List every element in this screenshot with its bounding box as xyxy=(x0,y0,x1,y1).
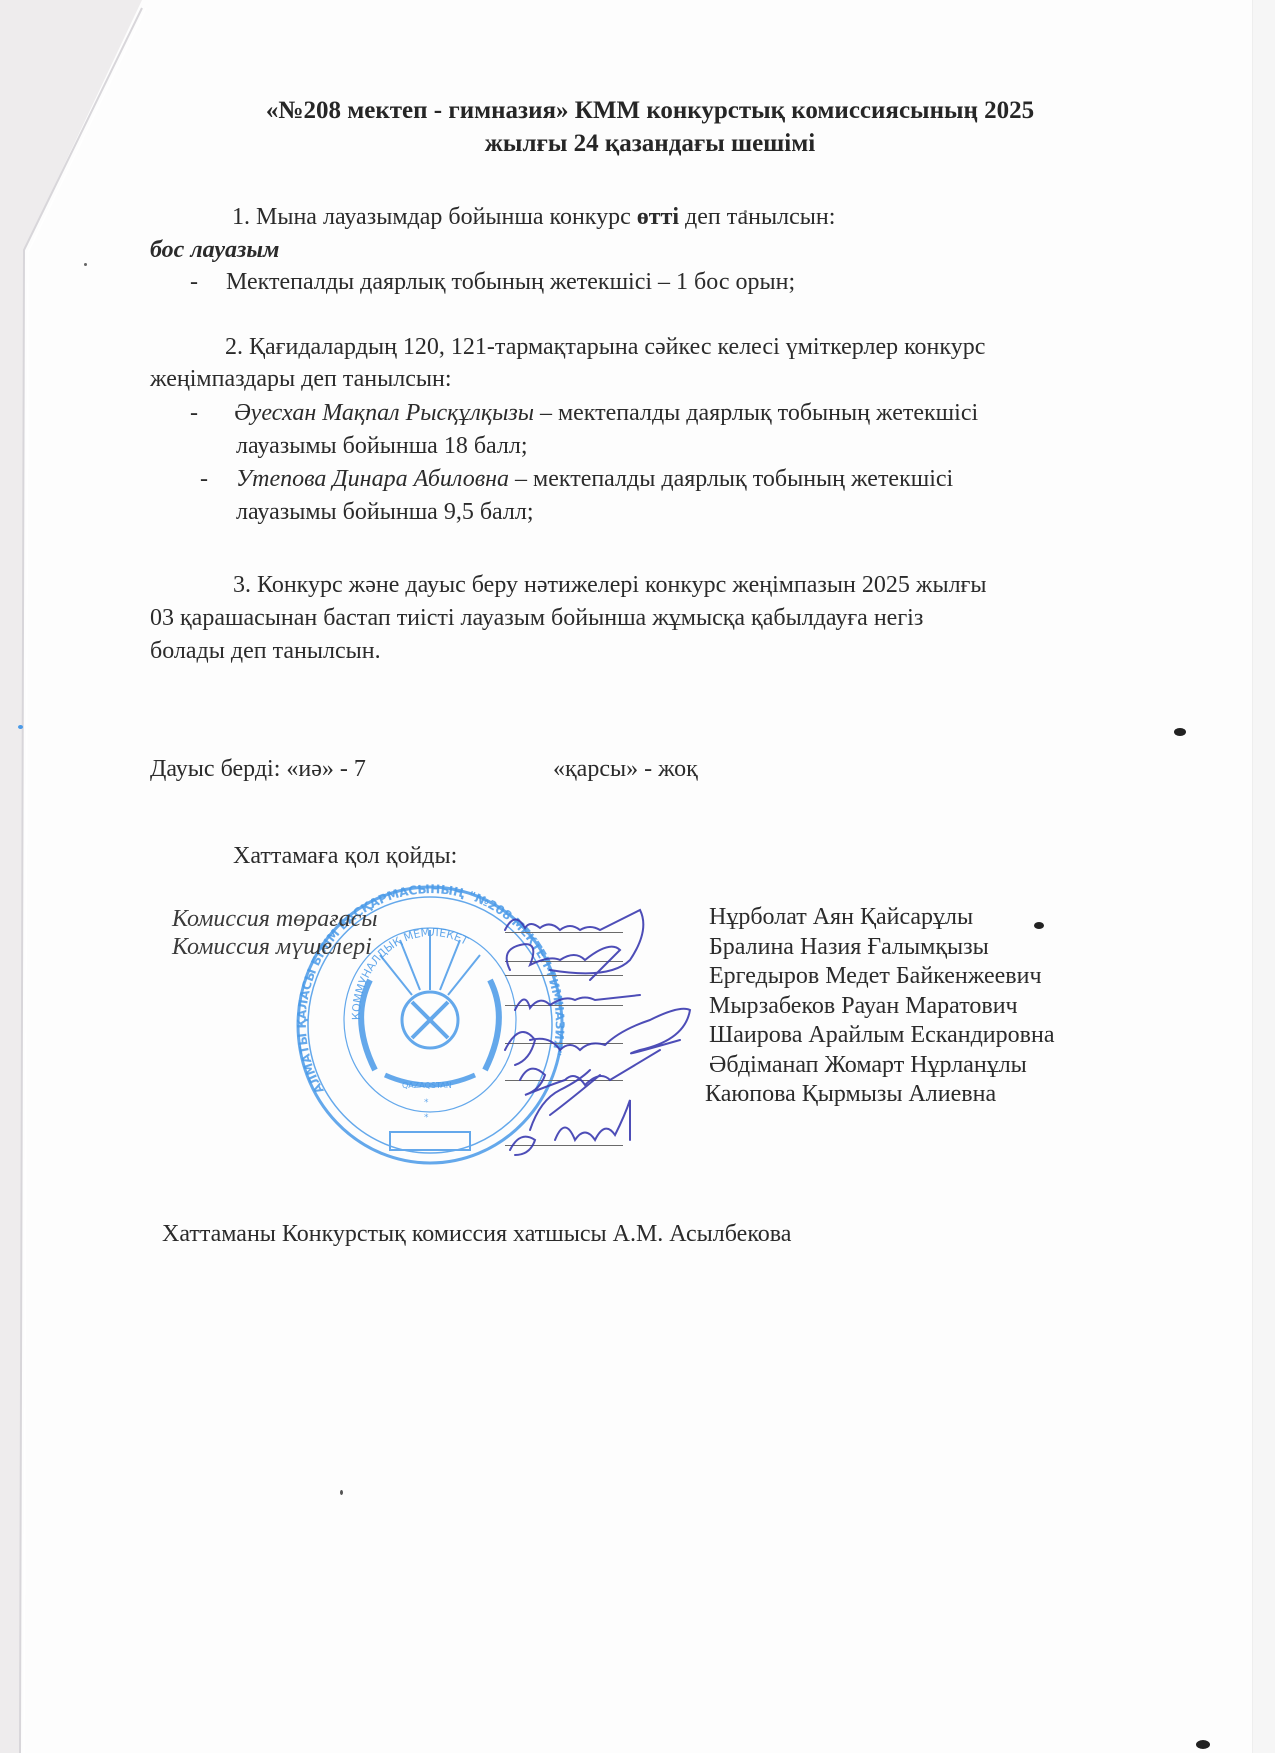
role-members: Комиссия мүшелері xyxy=(172,933,378,961)
list-dash: - xyxy=(190,397,226,430)
section1-subheading: бос лауазым xyxy=(150,234,279,267)
signatory-name: Шаирова Арайлым Ескандировна xyxy=(709,1021,1054,1051)
scan-speck xyxy=(1196,1740,1210,1749)
section1-intro: 1. Мына лауазымдар бойынша конкурс өтті … xyxy=(232,201,835,234)
scan-speck xyxy=(1034,922,1044,929)
document-title: «№208 мектеп - гимназия» КММ конкурстық … xyxy=(150,94,1150,160)
svg-text:*: * xyxy=(424,1113,429,1123)
winner-2-text: – мектепалды даярлық тобының жетекшісі xyxy=(509,466,953,492)
list-dash: - xyxy=(200,463,236,496)
signatory-name: Мырзабеков Рауан Маратович xyxy=(709,992,1054,1022)
signed-label: Хаттамаға қол қойды: xyxy=(233,840,457,873)
signatories-list: Нұрболат Аян Қайсарұлы Бралина Назия Ғал… xyxy=(709,903,1054,1110)
scan-speck xyxy=(744,210,747,213)
winner-2: -Утепова Динара Абиловна – мектепалды да… xyxy=(200,463,953,496)
winner-1: -Әуесхан Мақпал Рысқұлқызы – мектепалды … xyxy=(190,397,978,430)
section2-line1: 2. Қағидалардың 120, 121-тармақтарына сә… xyxy=(225,331,985,364)
signatory-name: Әбдіманап Жомарт Нұрланұлы xyxy=(709,1051,1054,1081)
winner-2-score-line: лауазымы бойынша 9,5 балл; xyxy=(236,496,534,529)
section1-intro-text: 1. Мына лауазымдар бойынша конкурс xyxy=(232,204,637,230)
section3-line3: болады деп танылсын. xyxy=(150,635,381,668)
signatory-name: Каюпова Қырмызы Алиевна xyxy=(705,1080,1054,1110)
section1-intro-bold: өтті xyxy=(637,204,679,230)
winner-1-text: – мектепалды даярлық тобының жетекшісі xyxy=(534,400,978,426)
svg-text:*: * xyxy=(424,1098,429,1108)
signatory-name: Ергедыров Медет Байкенжеевич xyxy=(709,962,1054,992)
role-chair: Комиссия төрағасы xyxy=(172,905,378,933)
scan-speck xyxy=(340,1490,343,1495)
section2-line2: жеңімпаздары деп танылсын: xyxy=(150,363,452,396)
title-line-1: «№208 мектеп - гимназия» КММ конкурстық … xyxy=(150,94,1150,127)
vote-against: «қарсы» - жоқ xyxy=(553,753,698,786)
section1-intro-tail: деп танылсын: xyxy=(679,204,835,230)
svg-text:QAZAQSTAN: QAZAQSTAN xyxy=(402,1081,452,1090)
winner-2-name: Утепова Динара Абиловна xyxy=(236,466,509,492)
handwritten-signatures xyxy=(490,900,710,1160)
section1-item-text: Мектепалды даярлық тобының жетекшісі – 1… xyxy=(226,269,795,295)
section3-line1: 3. Конкурс және дауыс беру нәтижелері ко… xyxy=(233,569,987,602)
scan-speck xyxy=(18,725,23,729)
secretary-line: Хаттаманы Конкурстық комиссия хатшысы А.… xyxy=(162,1218,791,1251)
signatory-name: Нұрболат Аян Қайсарұлы xyxy=(709,903,1054,933)
section1-item: -Мектепалды даярлық тобының жетекшісі – … xyxy=(190,266,795,299)
signatory-name: Бралина Назия Ғалымқызы xyxy=(709,933,1054,963)
title-line-2: жылғы 24 қазандағы шешімі xyxy=(150,127,1150,160)
list-dash: - xyxy=(190,266,226,299)
section3-line2: 03 қарашасынан бастап тиісті лауазым бой… xyxy=(150,602,923,635)
winner-1-name: Әуесхан Мақпал Рысқұлқызы xyxy=(234,400,534,426)
scan-speck xyxy=(84,263,87,266)
scan-right-edge xyxy=(1252,0,1275,1753)
vote-yes: Дауыс берді: «иә» - 7 xyxy=(150,753,366,786)
scan-fold-shadow xyxy=(0,0,160,1753)
roles-column: Комиссия төрағасы Комиссия мүшелері xyxy=(172,905,378,961)
winner-1-score-line: лауазымы бойынша 18 балл; xyxy=(236,430,528,463)
scan-speck xyxy=(1174,728,1186,736)
